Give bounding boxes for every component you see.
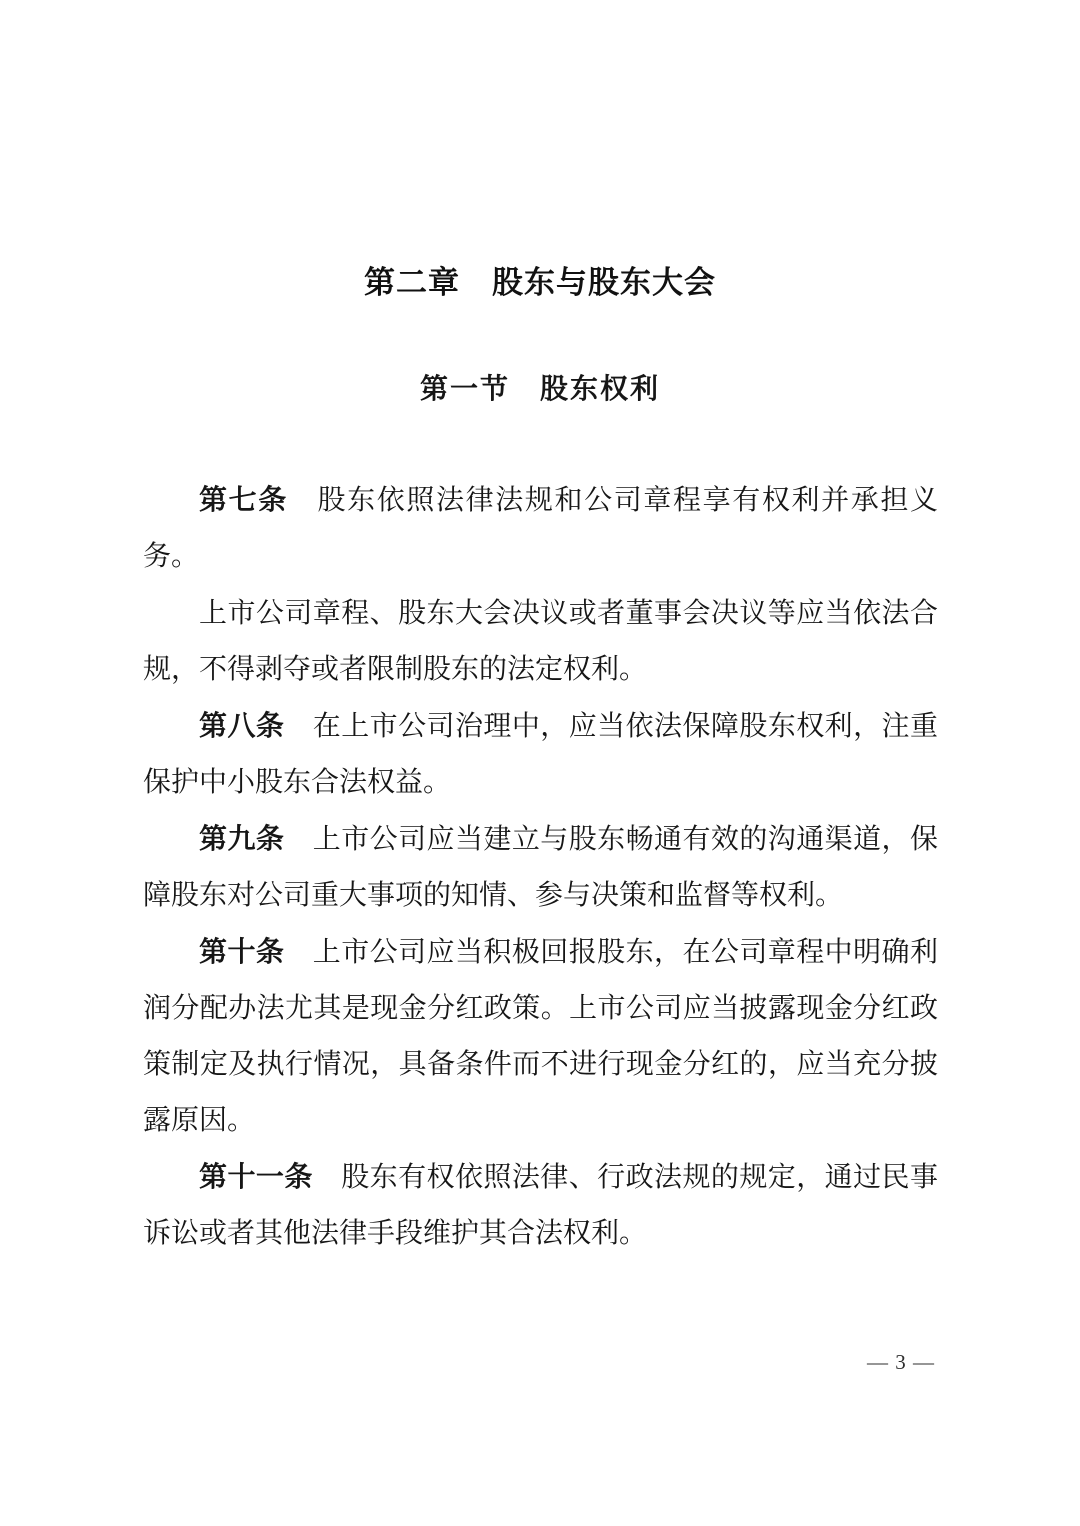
document-page: 第二章 股东与股东大会 第一节 股东权利 第七条 股东依照法律法规和公司章程享有… xyxy=(0,0,1080,1526)
page-number: — 3 — xyxy=(867,1350,935,1375)
article-paragraph-7: 第七条 股东依照法律法规和公司章程享有权利并承担义务。 xyxy=(143,472,938,585)
article-paragraph-11: 第十一条 股东有权依照法律、行政法规的规定，通过民事诉讼或者其他法律手段维护其合… xyxy=(143,1149,938,1262)
article-number: 第十条 xyxy=(199,936,284,967)
article-paragraph-10: 第十条 上市公司应当积极回报股东，在公司章程中明确利润分配办法尤其是现金分红政策… xyxy=(143,924,938,1149)
section-title: 第一节 股东权利 xyxy=(0,375,1080,405)
article-paragraph-7-continued: 上市公司章程、股东大会决议或者董事会决议等应当依法合规，不得剥夺或者限制股东的法… xyxy=(143,585,938,698)
article-text: 上市公司章程、股东大会决议或者董事会决议等应当依法合规，不得剥夺或者限制股东的法… xyxy=(143,598,938,685)
article-number: 第十一条 xyxy=(199,1161,313,1192)
document-body: 第七条 股东依照法律法规和公司章程享有权利并承担义务。 上市公司章程、股东大会决… xyxy=(143,472,938,1262)
article-number: 第七条 xyxy=(199,484,288,515)
article-paragraph-8: 第八条 在上市公司治理中，应当依法保障股东权利，注重保护中小股东合法权益。 xyxy=(143,698,938,811)
chapter-title: 第二章 股东与股东大会 xyxy=(0,0,1080,299)
article-number: 第九条 xyxy=(199,823,284,854)
article-number: 第八条 xyxy=(199,710,284,741)
article-paragraph-9: 第九条 上市公司应当建立与股东畅通有效的沟通渠道，保障股东对公司重大事项的知情、… xyxy=(143,811,938,924)
